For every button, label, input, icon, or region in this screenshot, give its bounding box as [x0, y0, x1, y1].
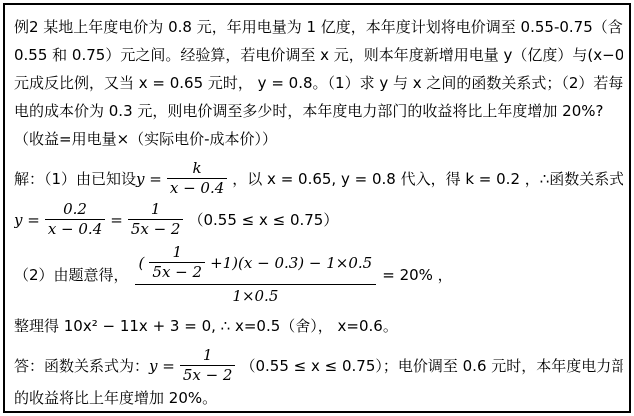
fraction: 0.2 x − 0.4 [45, 200, 105, 239]
fraction-denominator: 5x − 2 [180, 365, 236, 385]
problem-line: 电的成本价为 0.3 元，则电价调至多少时，本年度电力部门的收益将比上年度增加 … [14, 97, 623, 125]
answer-line-1: 答：函数关系式为： y = 1 5x − 2 （0.55 ≤ x ≤ 0.75）… [14, 346, 623, 385]
answer-text-post: （0.55 ≤ x ≤ 0.75）；电价调至 0.6 元时，本年度电力部门 [240, 354, 623, 378]
equals-sign: = [110, 211, 123, 229]
step1-text-pre: 解：（1）由已知设 [14, 167, 136, 191]
fraction-denominator: 5x − 2 [128, 219, 184, 239]
numerator-rest: +1)(x − 0.3) − 1×0.5 [210, 254, 372, 272]
problem-line: 0.55 和 0.75）元之间。经验算，若电价调至 x 元，则本年度新增用电量 … [14, 41, 623, 69]
fraction: k x − 0.4 [167, 159, 227, 198]
problem-line: （收益=用电量×（实际电价-成本价）） [14, 125, 623, 153]
big-fraction-numerator: ( 1 5x − 2 +1)(x − 0.3) − 1×0.5 [135, 243, 377, 284]
answer-lhs: y = [149, 357, 175, 375]
problem-statement: 例2 某地上年度电价为 0.8 元，年用电量为 1 亿度，本年度计划将电价调至 … [14, 13, 623, 153]
fraction-denominator: x − 0.4 [45, 219, 105, 239]
step2-lhs: y = [14, 211, 40, 229]
fraction-numerator: k [190, 159, 205, 178]
step3-text-post: = 20% ， [382, 263, 452, 287]
solution-section: 解：（1）由已知设 y = k x − 0.4 ，以 x = 0.65, y =… [14, 159, 623, 339]
fraction-denominator: x − 0.4 [167, 178, 227, 198]
step3-text-pre: （2）由题意得， [14, 263, 129, 287]
solution-step-3: （2）由题意得， ( 1 5x − 2 +1)(x − 0.3) − 1×0.5… [14, 243, 623, 306]
fraction-denominator: 5x − 2 [149, 262, 205, 282]
fraction: 1 5x − 2 [180, 346, 236, 385]
step2-domain-range: （0.55 ≤ x ≤ 0.75） [188, 208, 338, 232]
big-fraction-denominator: 1×0.5 [135, 284, 377, 306]
document-frame: 例2 某地上年度电价为 0.8 元，年用电量为 1 亿度，本年度计划将电价调至 … [3, 3, 631, 413]
solution-step-4: 整理得 10x² − 11x + 3 = 0, ∴ x=0.5（舍）， x=0.… [14, 313, 623, 339]
solution-step-2: y = 0.2 x − 0.4 = 1 5x − 2 （0.55 ≤ x ≤ 0… [14, 200, 623, 239]
fraction: 1 5x − 2 [128, 200, 184, 239]
big-fraction: ( 1 5x − 2 +1)(x − 0.3) − 1×0.5 1×0.5 [135, 243, 377, 306]
fraction-numerator: 1 [148, 200, 164, 219]
problem-line: 元成反比例，又当 x = 0.65 元时， y = 0.8。（1）求 y 与 x… [14, 69, 623, 97]
fraction: 1 5x − 2 [149, 243, 205, 282]
fraction-numerator: 1 [200, 346, 216, 365]
solution-step-1: 解：（1）由已知设 y = k x − 0.4 ，以 x = 0.65, y =… [14, 159, 623, 198]
answer-section: 答：函数关系式为： y = 1 5x − 2 （0.55 ≤ x ≤ 0.75）… [14, 346, 623, 411]
answer-text-pre: 答：函数关系式为： [14, 354, 149, 378]
step1-text-post: ，以 x = 0.65, y = 0.8 代入，得 k = 0.2 ，∴函数关系… [232, 167, 623, 191]
fraction-numerator: 1 [169, 243, 185, 262]
answer-line-2: 的收益将比上年度增加 20%。 [14, 385, 623, 411]
open-paren: ( [139, 254, 145, 272]
fraction-numerator: 0.2 [60, 200, 90, 219]
step1-lhs: y = [136, 170, 162, 188]
problem-line: 例2 某地上年度电价为 0.8 元，年用电量为 1 亿度，本年度计划将电价调至 … [14, 13, 623, 41]
